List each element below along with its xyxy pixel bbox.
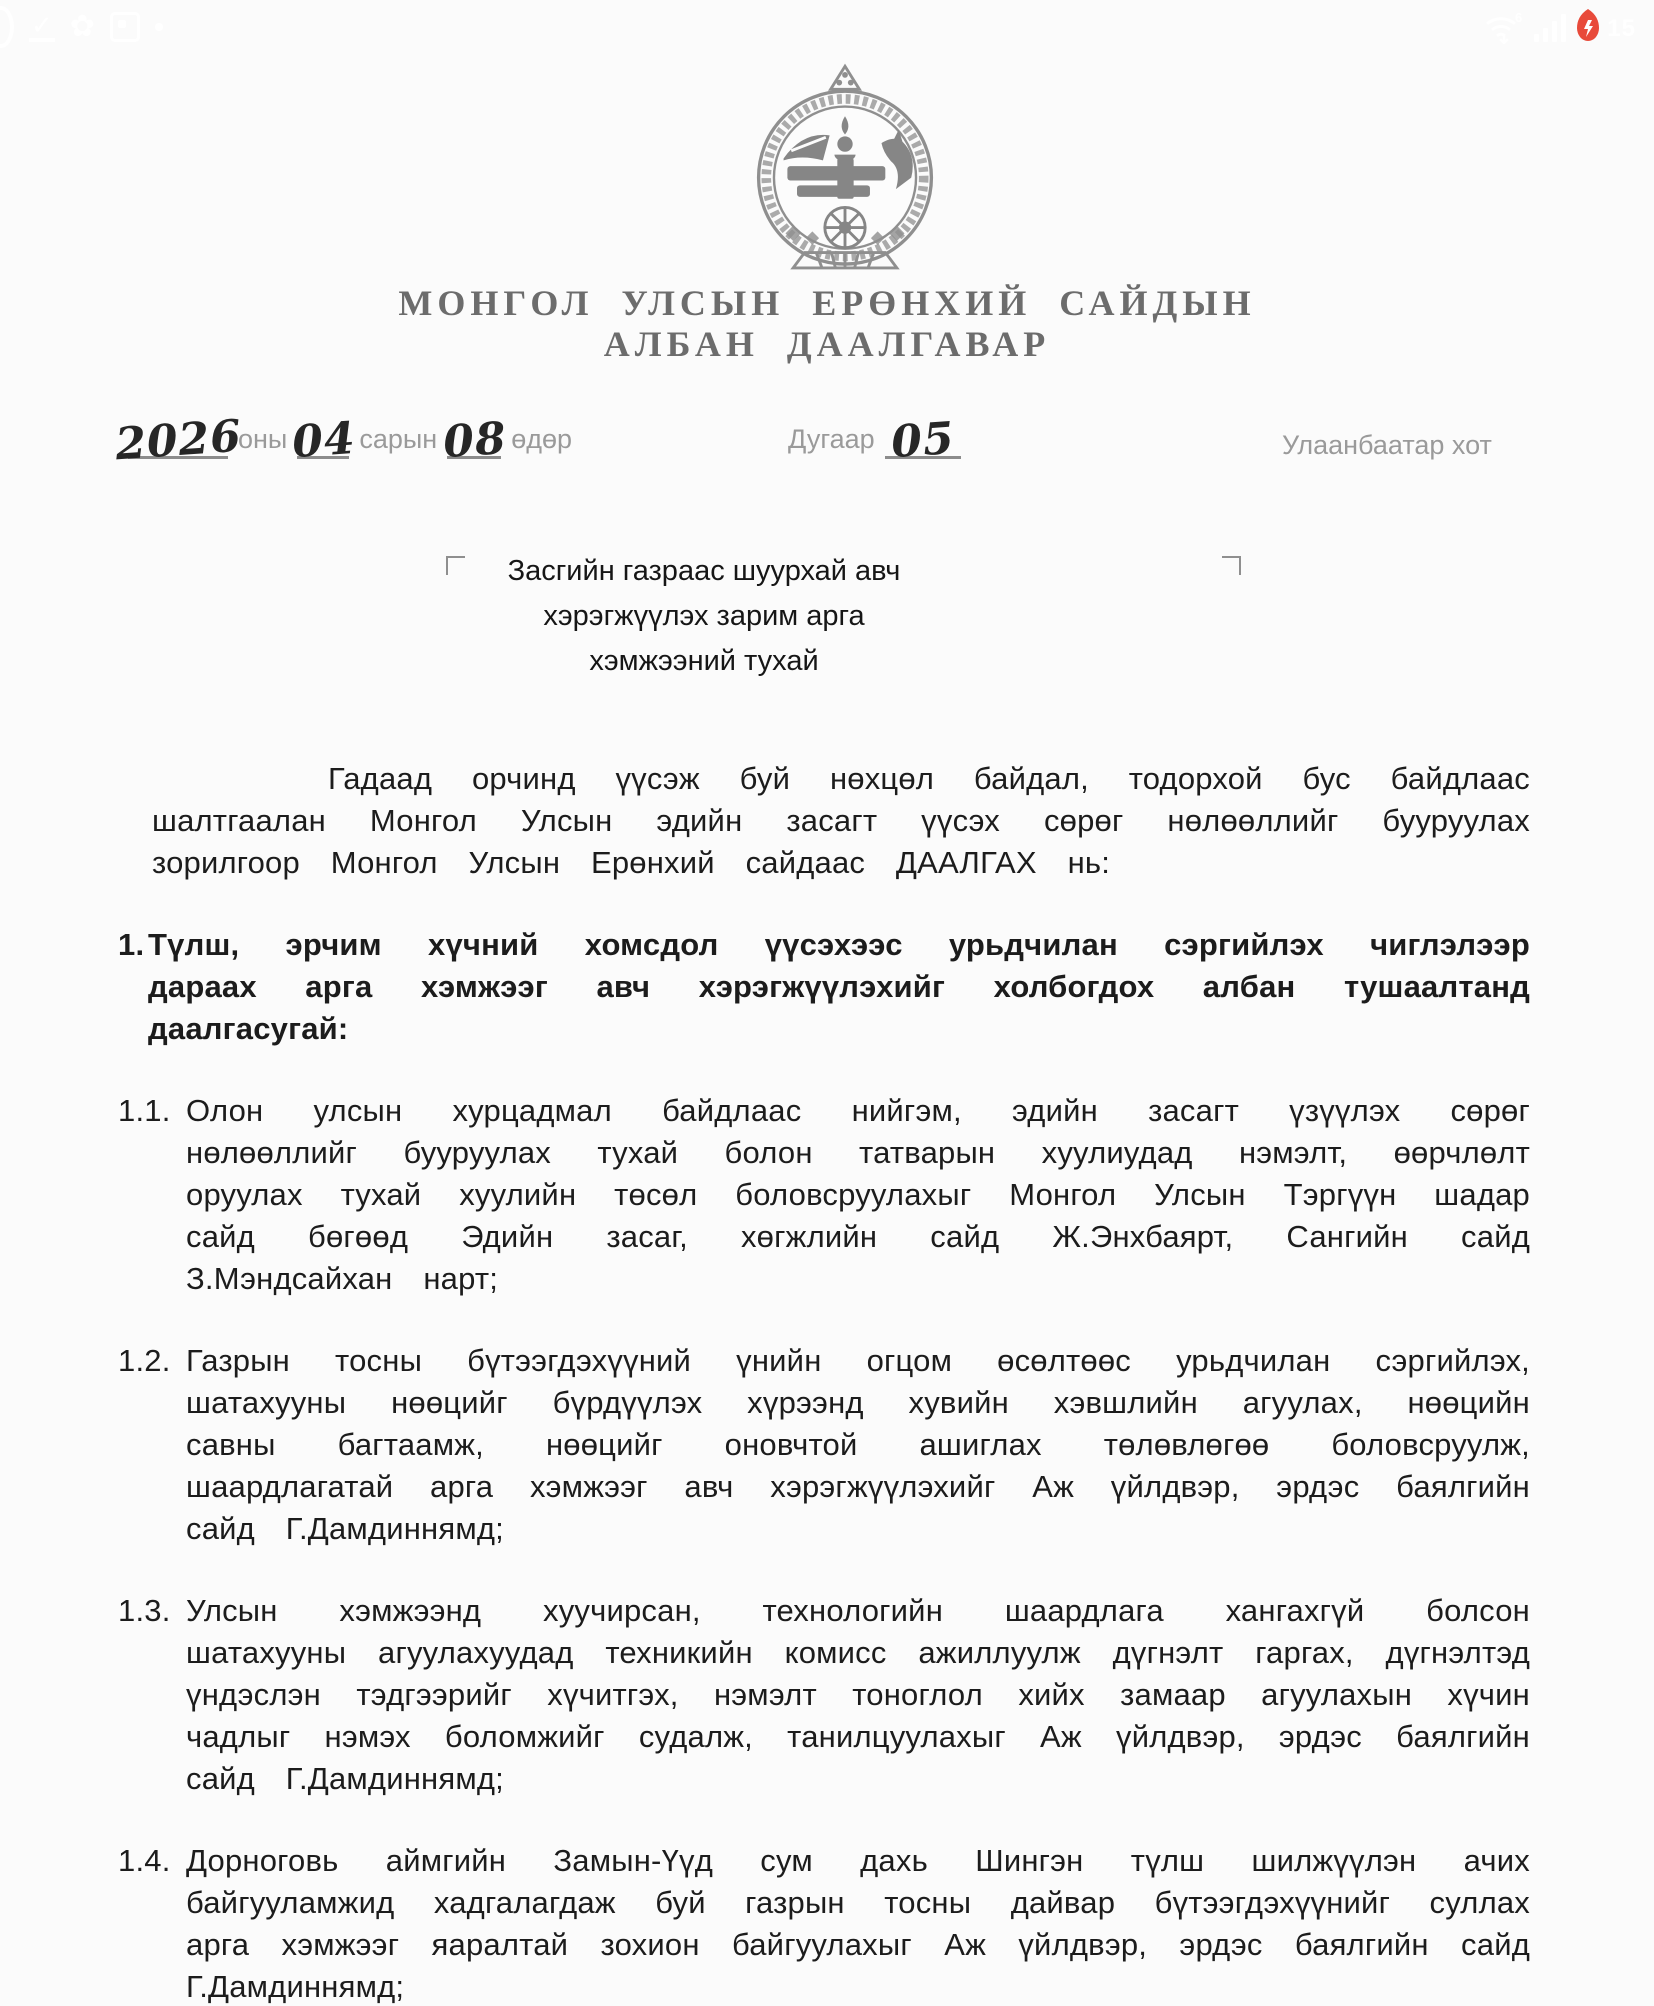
doc-number-blank: 05 <box>885 408 961 459</box>
handwritten-doc-number: 05 <box>890 419 956 463</box>
item-text: Дорноговь аймгийн Замын-Үүд сум дахь Шин… <box>186 1843 1530 2004</box>
subject-line: хэмжээний тухай <box>118 639 1290 684</box>
battery-low-icon <box>1576 8 1600 44</box>
item-number: 1.3. <box>118 1590 171 1632</box>
document-page: ✓ ✿ 6 <box>0 0 1654 2006</box>
directive-item-1-4: 1.4. Дорноговь аймгийн Замын-Үүд сум дах… <box>118 1840 1530 2006</box>
notification-arc-icon <box>0 6 14 48</box>
directive-item-1-1: 1.1. Олон улсын хурцадмал байдлаас нийгэ… <box>118 1090 1530 1300</box>
directive-item-1: 1. Түлш, эрчим хүчний хомсдол үүсэхээс у… <box>118 924 1530 1050</box>
org-name-line1: МОНГОЛ УЛСЫН ЕРӨНХИЙ САЙДЫН <box>0 283 1654 324</box>
mongolia-state-emblem <box>749 62 941 276</box>
date-day-blank: 08 <box>447 408 501 459</box>
dateline-date: 2026 оны 04 сарын 08 өдөр <box>128 408 582 459</box>
item-text: Газрын тосны бүтээгдэхүүний үнийн огцом … <box>186 1343 1530 1546</box>
gallery-flower-icon: ✿ <box>70 12 95 42</box>
wifi-6-icon: 6 <box>1484 10 1526 44</box>
item-text: Улсын хэмжээнд хуучирсан, технологийн ша… <box>186 1593 1530 1796</box>
handwritten-year: 2026 <box>114 417 243 466</box>
more-notifications-dot-icon <box>155 23 163 31</box>
handwritten-day: 08 <box>442 419 508 463</box>
handwritten-month: 04 <box>291 419 357 463</box>
day-label: өдөр <box>511 424 572 459</box>
letterhead: МОНГОЛ УЛСЫН ЕРӨНХИЙ САЙДЫН АЛБАН ДААЛГА… <box>0 283 1654 365</box>
item-text: Түлш, эрчим хүчний хомсдол үүсэхээс урьд… <box>148 927 1530 1046</box>
subject-block: Засгийн газраас шуурхай авч хэрэгжүүлэх … <box>118 549 1290 684</box>
signal-bars-icon <box>1533 12 1569 44</box>
subject-line: хэрэгжүүлэх зарим арга <box>118 594 1290 639</box>
battery-percent-text: 15 <box>1607 14 1636 44</box>
date-year-blank: 2026 <box>128 408 228 459</box>
status-bar-system-icons: 6 15 <box>1484 8 1636 44</box>
date-month-blank: 04 <box>297 408 349 459</box>
intro-paragraph: Гадаад орчинд үүсэж буй нөхцөл байдал, т… <box>152 758 1530 884</box>
item-number: 1.2. <box>118 1340 171 1382</box>
year-label: оны <box>238 424 287 459</box>
document-body: Гадаад орчинд үүсэж буй нөхцөл байдал, т… <box>118 758 1530 2006</box>
item-number: 1. <box>118 924 144 966</box>
doc-number-label: Дугаар <box>788 424 875 459</box>
item-text: Олон улсын хурцадмал байдлаас нийгэм, эд… <box>186 1093 1530 1296</box>
directive-item-1-3: 1.3. Улсын хэмжээнд хуучирсан, технологи… <box>118 1590 1530 1800</box>
directive-item-1-2: 1.2. Газрын тосны бүтээгдэхүүний үнийн о… <box>118 1340 1530 1550</box>
status-bar-notification-icons: ✓ ✿ <box>0 6 163 48</box>
download-check-icon: ✓ <box>29 13 55 42</box>
month-label: сарын <box>359 424 437 459</box>
item-number: 1.1. <box>118 1090 171 1132</box>
dateline-doc-number: Дугаар 05 <box>778 408 961 459</box>
dateline-city: Улаанбаатар хот <box>1282 430 1492 461</box>
wifi-badge-text: 6 <box>1515 10 1522 25</box>
subject-line: Засгийн газраас шуурхай авч <box>118 549 1290 594</box>
status-bar: ✓ ✿ 6 <box>0 0 1654 48</box>
org-name-line2: АЛБАН ДААЛГАВАР <box>0 324 1654 365</box>
item-number: 1.4. <box>118 1840 171 1882</box>
screenshot-icon <box>110 12 140 42</box>
